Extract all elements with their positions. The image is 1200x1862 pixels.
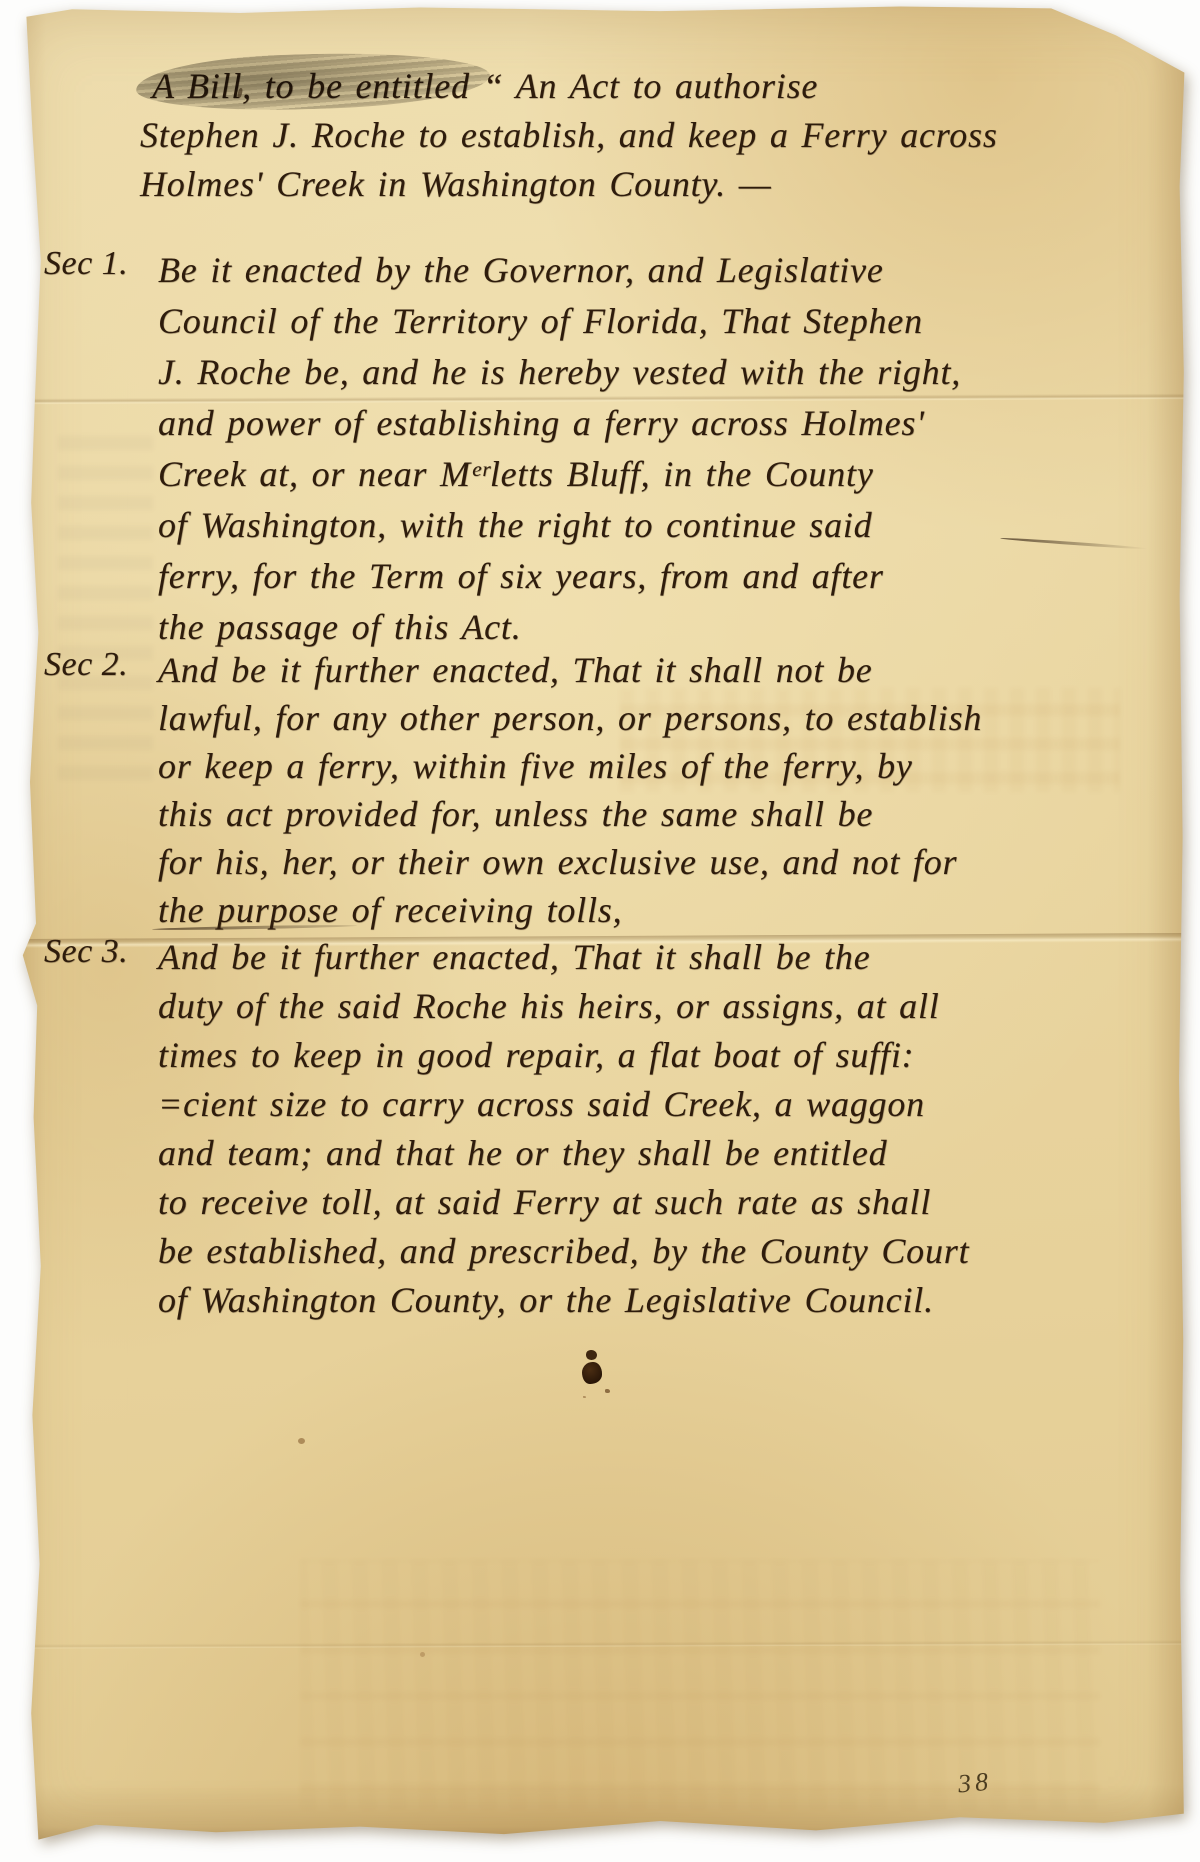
section-3-label: Sec 3. — [44, 933, 128, 971]
text-line: times to keep in good repair, a flat boa… — [158, 1031, 1180, 1080]
text-line: And be it further enacted, That it shall… — [158, 933, 1180, 982]
ink-speck — [420, 1652, 425, 1657]
title-block: A Bill, to be entitled “ An Act to autho… — [140, 62, 998, 209]
text-line: or keep a ferry, within five miles of th… — [158, 742, 1180, 790]
text-line: the purpose of receiving tolls, — [158, 886, 1180, 934]
text-line: of Washington County, or the Legislative… — [158, 1276, 1180, 1325]
title-line-3: Holmes' Creek in Washington County. — — [140, 160, 998, 209]
text-line: be established, and prescribed, by the C… — [158, 1227, 1180, 1276]
text-line: this act provided for, unless the same s… — [158, 790, 1180, 838]
text-line: And be it further enacted, That it shall… — [158, 646, 1180, 694]
text-line: Creek at, or near Mᵉʳletts Bluff, in the… — [158, 449, 1180, 500]
paper-edge-shading — [0, 0, 46, 1862]
text-line: to receive toll, at said Ferry at such r… — [158, 1178, 1180, 1227]
text-line: Be it enacted by the Governor, and Legis… — [158, 245, 1180, 296]
paper-wrapper: A Bill, to be entitled “ An Act to autho… — [0, 0, 1200, 1862]
paper-edge-shading — [0, 1784, 1200, 1862]
paper-edge-shading — [1148, 0, 1200, 1862]
ink-bleedthrough — [58, 420, 153, 780]
fold-crease — [0, 1640, 1200, 1649]
text-line: Council of the Territory of Florida, Tha… — [158, 296, 1180, 347]
text-line: of Washington, with the right to continu… — [158, 500, 1180, 551]
title-line-2: Stephen J. Roche to establish, and keep … — [140, 111, 998, 160]
text-line: and power of establishing a ferry across… — [158, 398, 1180, 449]
text-line: duty of the said Roche his heirs, or ass… — [158, 982, 1180, 1031]
scan-background: A Bill, to be entitled “ An Act to autho… — [0, 0, 1200, 1862]
crossed-out-text: A Bill, to be entitled — [152, 62, 470, 111]
text-line: and team; and that he or they shall be e… — [158, 1129, 1180, 1178]
section-1-label: Sec 1. — [44, 245, 128, 283]
text-line: lawful, for any other person, or persons… — [158, 694, 1180, 742]
ink-blot — [576, 1352, 606, 1386]
text-line: =cient size to carry across said Creek, … — [158, 1080, 1180, 1129]
text-line: J. Roche be, and he is hereby vested wit… — [158, 347, 1180, 398]
title-line-1: A Bill, to be entitled “ An Act to autho… — [140, 62, 998, 111]
ink-speck — [298, 1438, 305, 1444]
section-2-label: Sec 2. — [44, 646, 128, 684]
text-line: ferry, for the Term of six years, from a… — [158, 551, 1180, 602]
title-line-1-rest: “ An Act to authorise — [483, 66, 819, 106]
text-line: for his, her, or their own exclusive use… — [158, 838, 1180, 886]
manuscript-page: A Bill, to be entitled “ An Act to autho… — [0, 0, 1200, 1862]
